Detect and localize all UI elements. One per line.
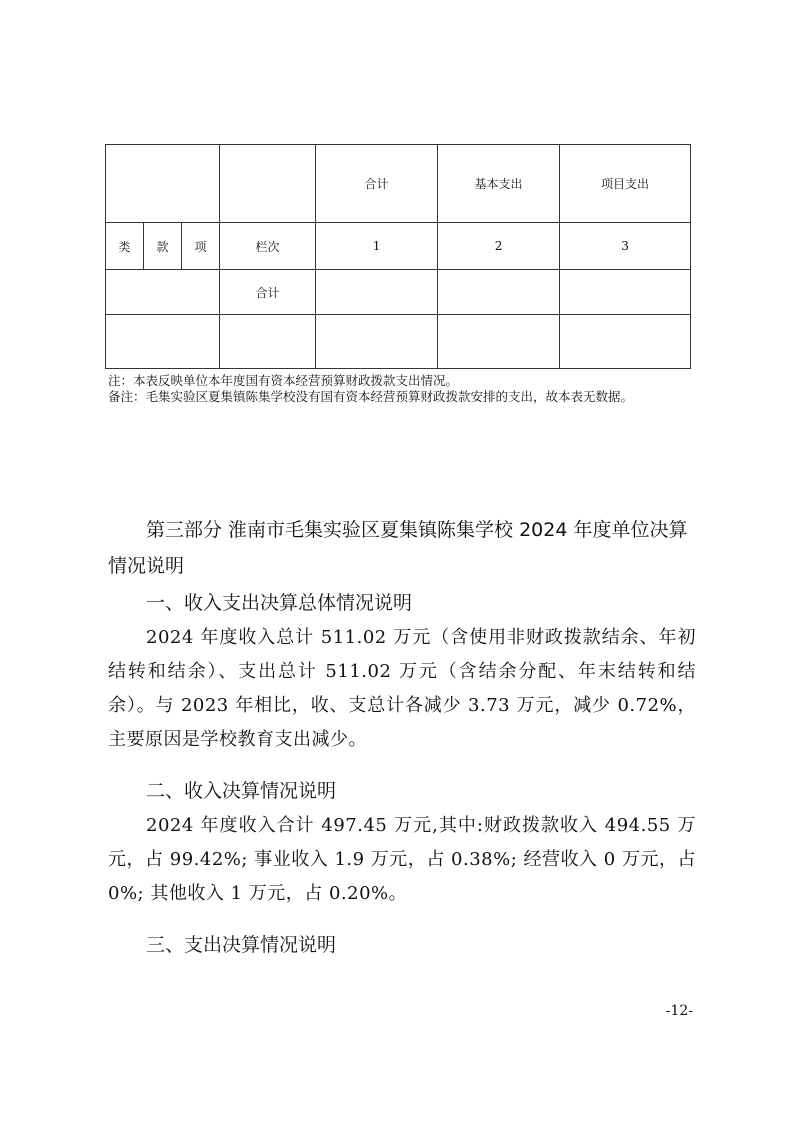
column-number: 1 xyxy=(316,223,438,270)
section-heading: 三、支出决算情况说明 xyxy=(146,930,336,957)
table-cell xyxy=(106,315,220,369)
section-heading: 一、收入支出决算总体情况说明 xyxy=(146,588,412,615)
state-capital-expenditure-table: 合计 基本支出 项目支出 类 款 项 栏次 1 2 3 合计 xyxy=(105,144,691,369)
table-cell xyxy=(220,315,316,369)
header-total: 合计 xyxy=(316,145,438,223)
note: 注：本表反映单位本年度国有资本经营预算财政拨款支出情况。 xyxy=(108,373,693,389)
table-cell xyxy=(560,315,691,369)
part-title: 第三部分 淮南市毛集实验区夏集镇陈集学校 2024 年度单位决算情况说明 xyxy=(108,512,696,584)
table-cell xyxy=(438,270,560,315)
table-cell xyxy=(560,270,691,315)
table-row-index: 类 款 项 栏次 1 2 3 xyxy=(106,223,691,270)
page-number: -12- xyxy=(666,1003,693,1019)
table-row xyxy=(106,315,691,369)
total-label: 合计 xyxy=(220,270,316,315)
table-cell xyxy=(438,315,560,369)
label-section: 款 xyxy=(144,223,182,270)
header-blank-cell xyxy=(106,145,220,223)
table-cell xyxy=(316,270,438,315)
table-cell xyxy=(106,270,220,315)
label-column-index: 栏次 xyxy=(220,223,316,270)
header-project-expenditure: 项目支出 xyxy=(560,145,691,223)
header-blank-cell xyxy=(220,145,316,223)
remark: 备注：毛集实验区夏集镇陈集学校没有国有资本经营预算财政拨款安排的支出，故本表无数… xyxy=(108,389,693,405)
label-category: 类 xyxy=(106,223,144,270)
table-header-row: 合计 基本支出 项目支出 xyxy=(106,145,691,223)
label-item: 项 xyxy=(182,223,220,270)
table-notes: 注：本表反映单位本年度国有资本经营预算财政拨款支出情况。 备注：毛集实验区夏集镇… xyxy=(108,373,693,405)
section-body: 2024 年度收入合计 497.45 万元,其中:财政拨款收入 494.55 万… xyxy=(108,809,696,911)
header-basic-expenditure: 基本支出 xyxy=(438,145,560,223)
section-heading: 二、收入决算情况说明 xyxy=(146,776,336,803)
table-row-total: 合计 xyxy=(106,270,691,315)
column-number: 2 xyxy=(438,223,560,270)
table-cell xyxy=(316,315,438,369)
column-number: 3 xyxy=(560,223,691,270)
section-body: 2024 年度收入总计 511.02 万元（含使用非财政拨款结余、年初结转和结余… xyxy=(108,621,696,757)
